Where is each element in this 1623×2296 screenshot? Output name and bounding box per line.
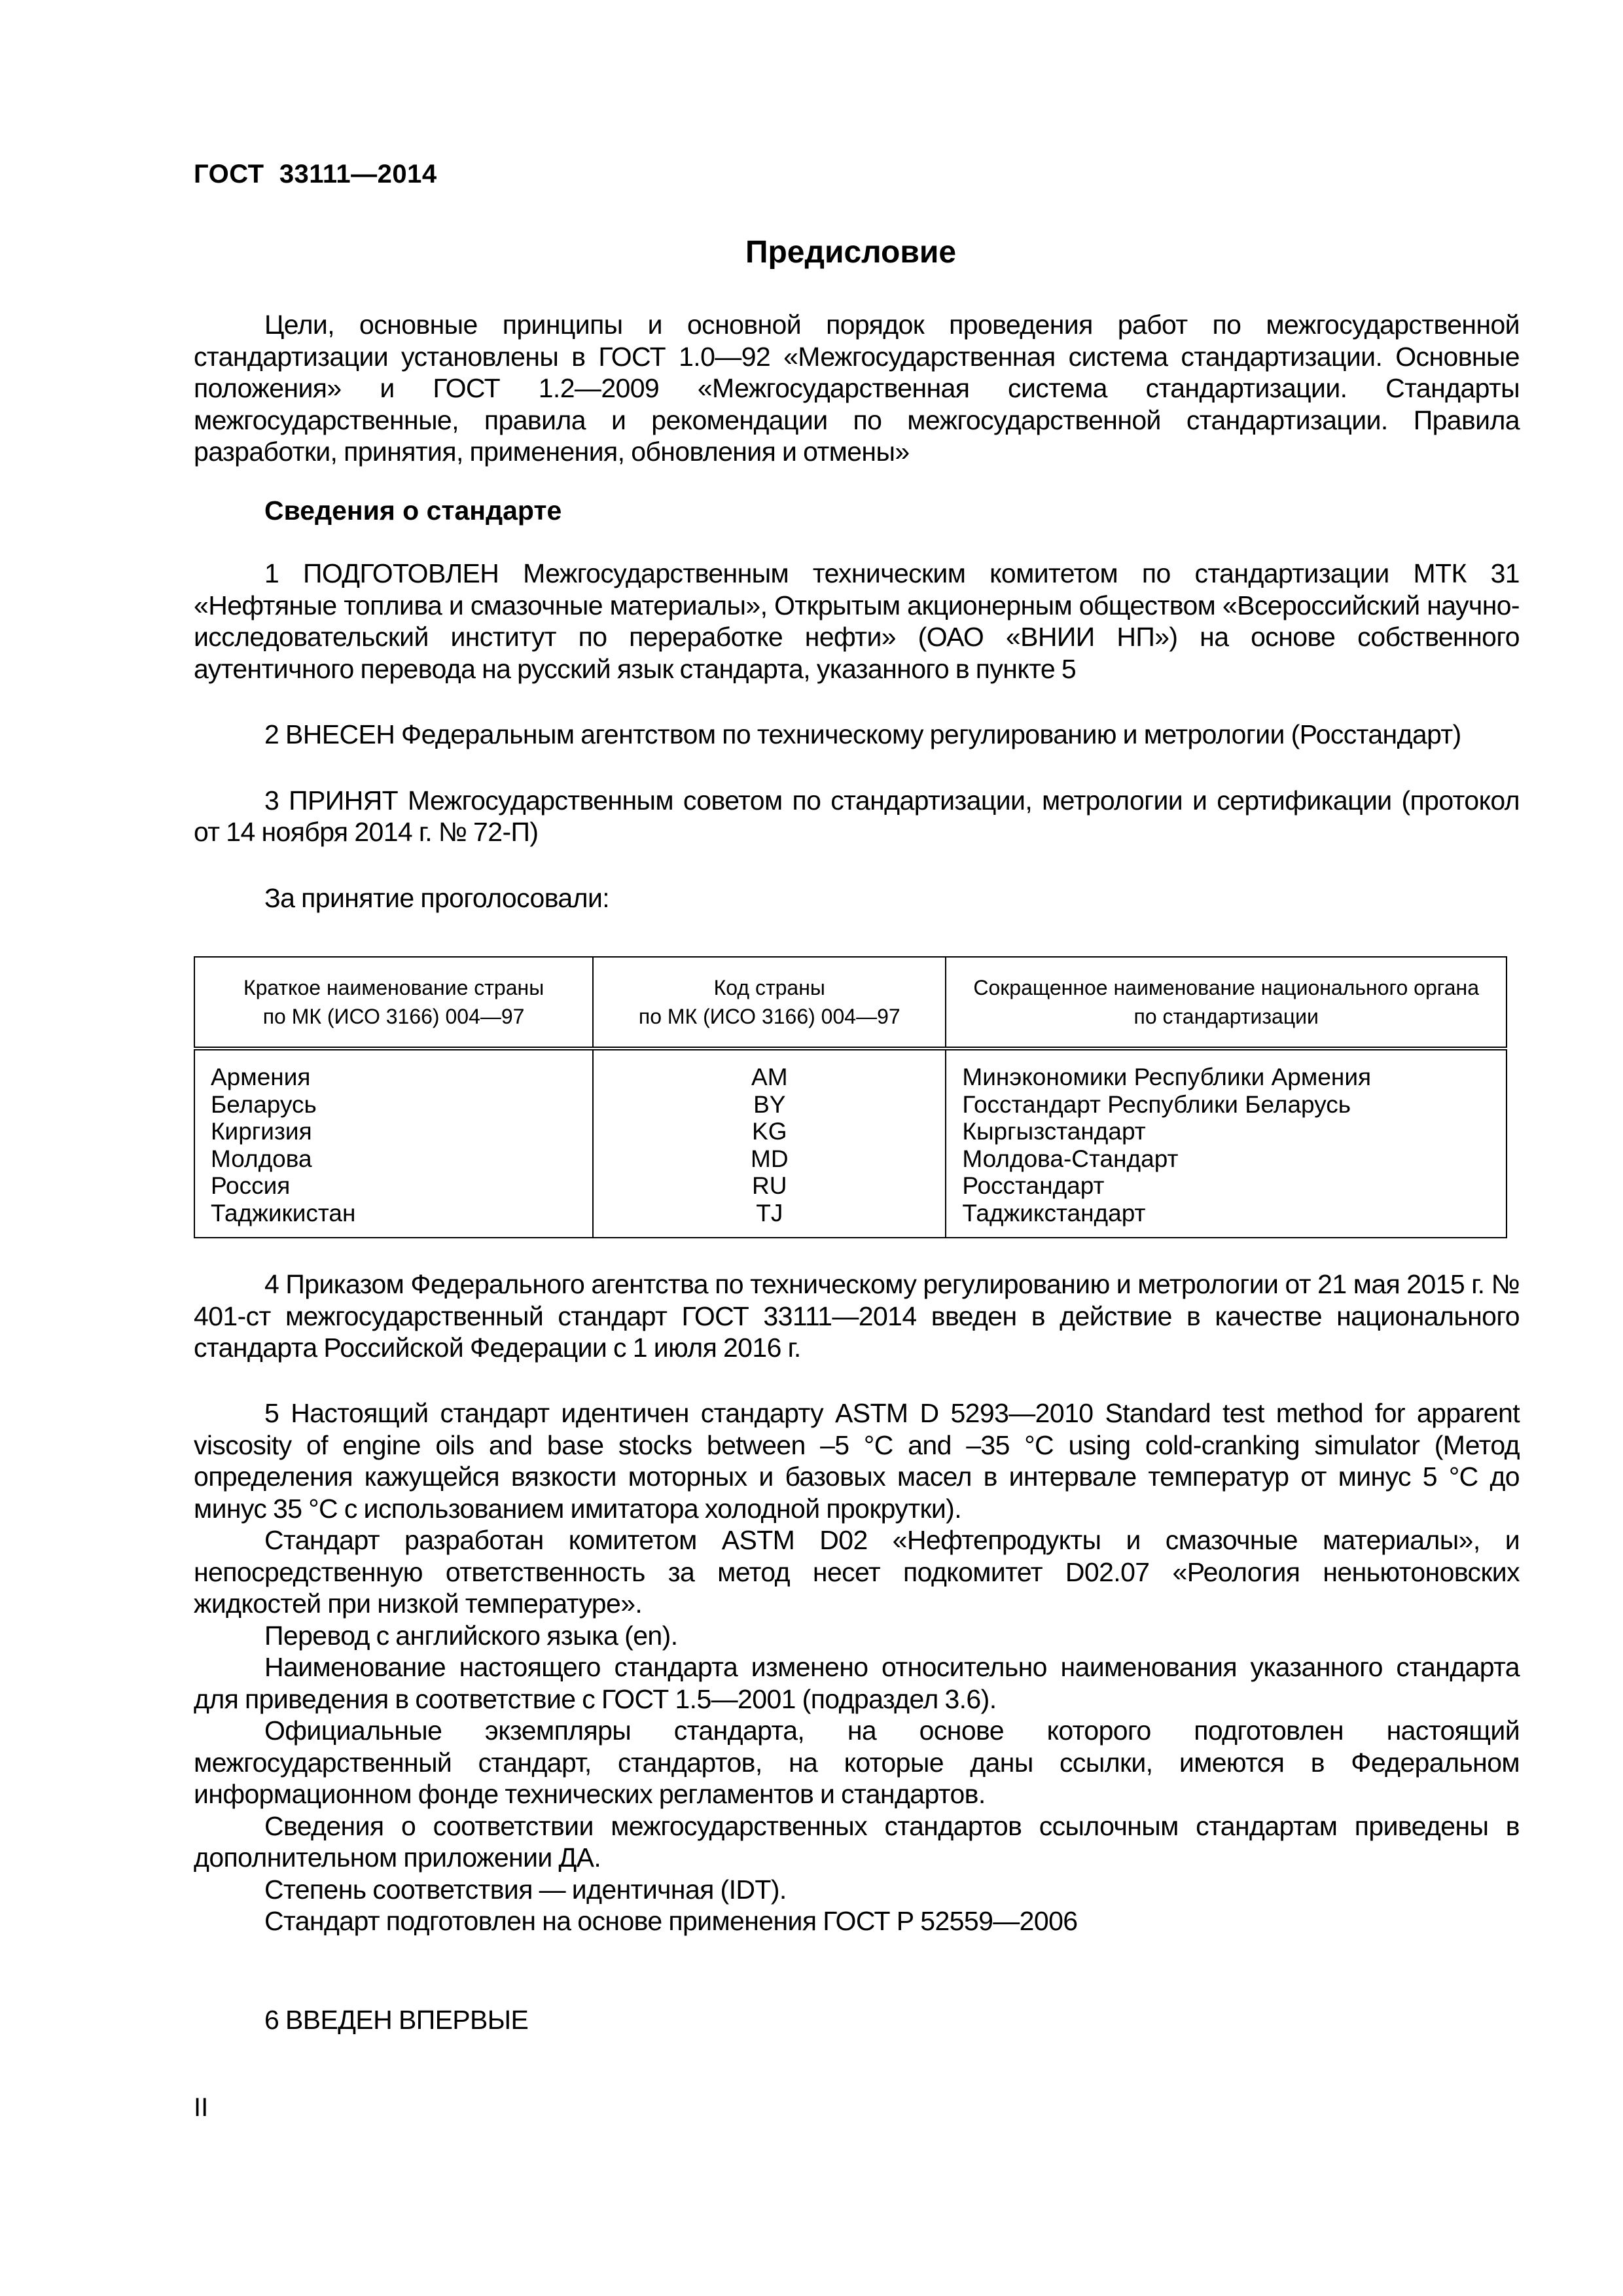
item-6-section: 6 ВВЕДЕН ВПЕРВЫЕ	[194, 2004, 1520, 2036]
item-4: 4 Приказом Федерального агентства по тех…	[194, 1268, 1520, 1364]
item-5-paragraph: Наименование настоящего стандарта измене…	[194, 1651, 1520, 1715]
item-3: 3 ПРИНЯТ Межгосударственным советом по с…	[194, 785, 1520, 848]
item-6: 6 ВВЕДЕН ВПЕРВЫЕ	[194, 2004, 1520, 2036]
item-5: 5 Настоящий стандарт идентичен стандарту…	[194, 1397, 1520, 1524]
country-code: AM	[609, 1064, 929, 1091]
column-header-country: Краткое наименование страны по МК (ИСО 3…	[194, 957, 593, 1049]
country-name: Россия	[211, 1172, 577, 1200]
item-5-paragraph: Перевод с английского языка (en).	[194, 1620, 1520, 1652]
item-5-paragraph: Официальные экземпляры стандарта, на осн…	[194, 1715, 1520, 1810]
page-title: Предисловие	[0, 234, 1623, 270]
page-number: II	[194, 2093, 208, 2123]
intro-section: Цели, основные принципы и основной поряд…	[194, 309, 1520, 468]
table-row: Армения Беларусь Киргизия Молдова Россия…	[194, 1049, 1507, 1238]
table-header-row: Краткое наименование страны по МК (ИСО 3…	[194, 957, 1507, 1049]
item-4-section: 4 Приказом Федерального агентства по тех…	[194, 1268, 1520, 1364]
column-header-body: Сокращенное наименование национального о…	[946, 957, 1507, 1049]
country-code: TJ	[609, 1200, 929, 1227]
votes-table: Краткое наименование страны по МК (ИСО 3…	[194, 956, 1507, 1238]
voted-label: За принятие проголосовали:	[194, 882, 1520, 914]
country-name: Таджикистан	[211, 1200, 577, 1227]
standards-body: Госстандарт Республики Беларусь	[962, 1091, 1490, 1119]
item-5-section: 5 Настоящий стандарт идентичен стандарту…	[194, 1397, 1520, 1937]
item-1: 1 ПОДГОТОВЛЕН Межгосударственным техниче…	[194, 558, 1520, 685]
item-5-paragraph: Стандарт подготовлен на основе применени…	[194, 1905, 1520, 1937]
standards-body: Росстандарт	[962, 1172, 1490, 1200]
item-5-paragraph: Степень соответствия — идентичная (IDT).	[194, 1874, 1520, 1906]
intro-paragraph: Цели, основные принципы и основной поряд…	[194, 309, 1520, 468]
standards-body: Минэкономики Республики Армения	[962, 1064, 1490, 1091]
country-code: BY	[609, 1091, 929, 1119]
country-column: Армения Беларусь Киргизия Молдова Россия…	[194, 1049, 593, 1238]
document-code: ГОСТ 33111—2014	[194, 160, 437, 189]
country-name: Беларусь	[211, 1091, 577, 1119]
country-name: Киргизия	[211, 1118, 577, 1145]
standards-body: Молдова-Стандарт	[962, 1145, 1490, 1173]
standards-body: Кыргызстандарт	[962, 1118, 1490, 1145]
item-5-paragraph: Сведения о соответствии межгосударственн…	[194, 1810, 1520, 1874]
code-column: AM BY KG MD RU TJ	[593, 1049, 946, 1238]
standards-body: Таджикстандарт	[962, 1200, 1490, 1227]
standard-info-heading: Сведения о стандарте	[264, 495, 562, 526]
item-2: 2 ВНЕСЕН Федеральным агентством по техни…	[194, 719, 1520, 751]
country-code: RU	[609, 1172, 929, 1200]
country-name: Армения	[211, 1064, 577, 1091]
country-name: Молдова	[211, 1145, 577, 1173]
item-5-paragraph: Стандарт разработан комитетом ASTM D02 «…	[194, 1524, 1520, 1620]
document-page: ГОСТ 33111—2014 Предисловие Цели, основн…	[0, 0, 1623, 2296]
body-column: Минэкономики Республики Армения Госстанд…	[946, 1049, 1507, 1238]
standard-info-items: 1 ПОДГОТОВЛЕН Межгосударственным техниче…	[194, 558, 1520, 914]
country-code: KG	[609, 1118, 929, 1145]
country-code: MD	[609, 1145, 929, 1173]
column-header-code: Код страны по МК (ИСО 3166) 004—97	[593, 957, 946, 1049]
